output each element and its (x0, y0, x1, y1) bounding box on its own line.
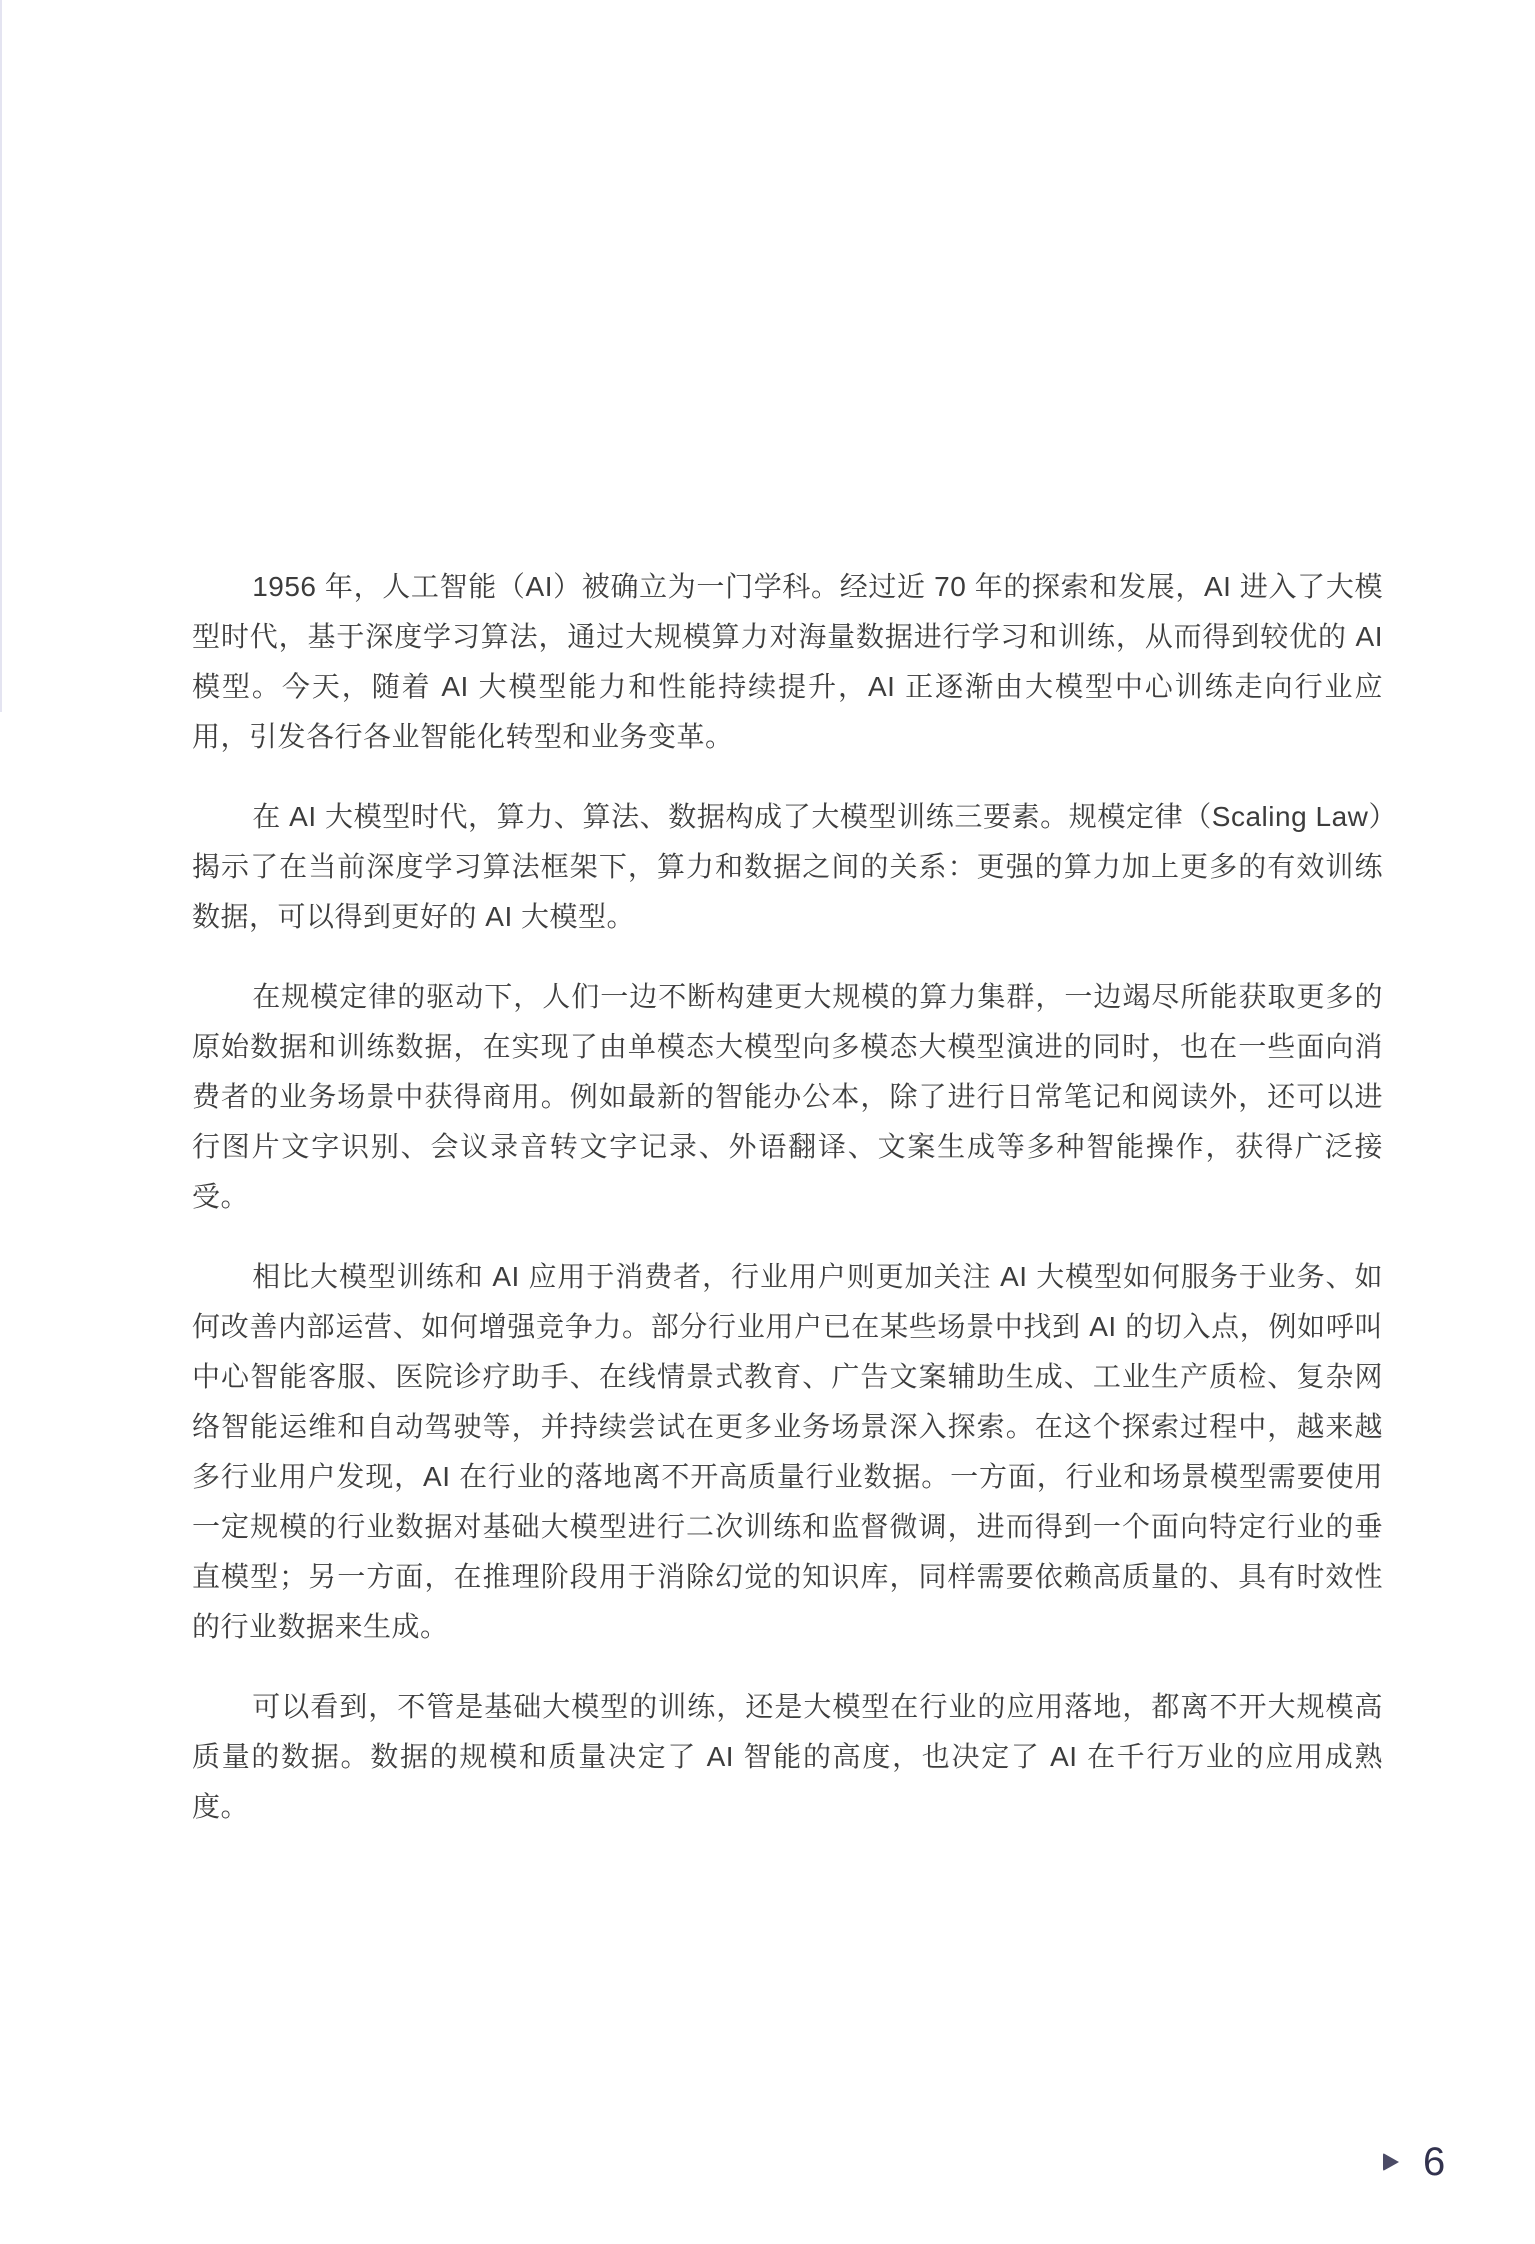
document-body: 1956 年，人工智能（AI）被确立为一门学科。经过近 70 年的探索和发展，A… (192, 562, 1383, 1832)
paragraph: 在规模定律的驱动下，人们一边不断构建更大规模的算力集群，一边竭尽所能获取更多的原… (192, 972, 1383, 1222)
document-page: 1956 年，人工智能（AI）被确立为一门学科。经过近 70 年的探索和发展，A… (0, 0, 1535, 2244)
page-footer: 6 (1383, 2140, 1445, 2184)
paragraph: 1956 年，人工智能（AI）被确立为一门学科。经过近 70 年的探索和发展，A… (192, 562, 1383, 762)
page-edge-line (0, 0, 2, 712)
page-number: 6 (1423, 2140, 1445, 2184)
paragraph: 在 AI 大模型时代，算力、算法、数据构成了大模型训练三要素。规模定律（Scal… (192, 792, 1383, 942)
paragraph: 相比大模型训练和 AI 应用于消费者，行业用户则更加关注 AI 大模型如何服务于… (192, 1252, 1383, 1652)
paragraph: 可以看到，不管是基础大模型的训练，还是大模型在行业的应用落地，都离不开大规模高质… (192, 1682, 1383, 1832)
right-triangle-icon (1383, 2153, 1399, 2171)
